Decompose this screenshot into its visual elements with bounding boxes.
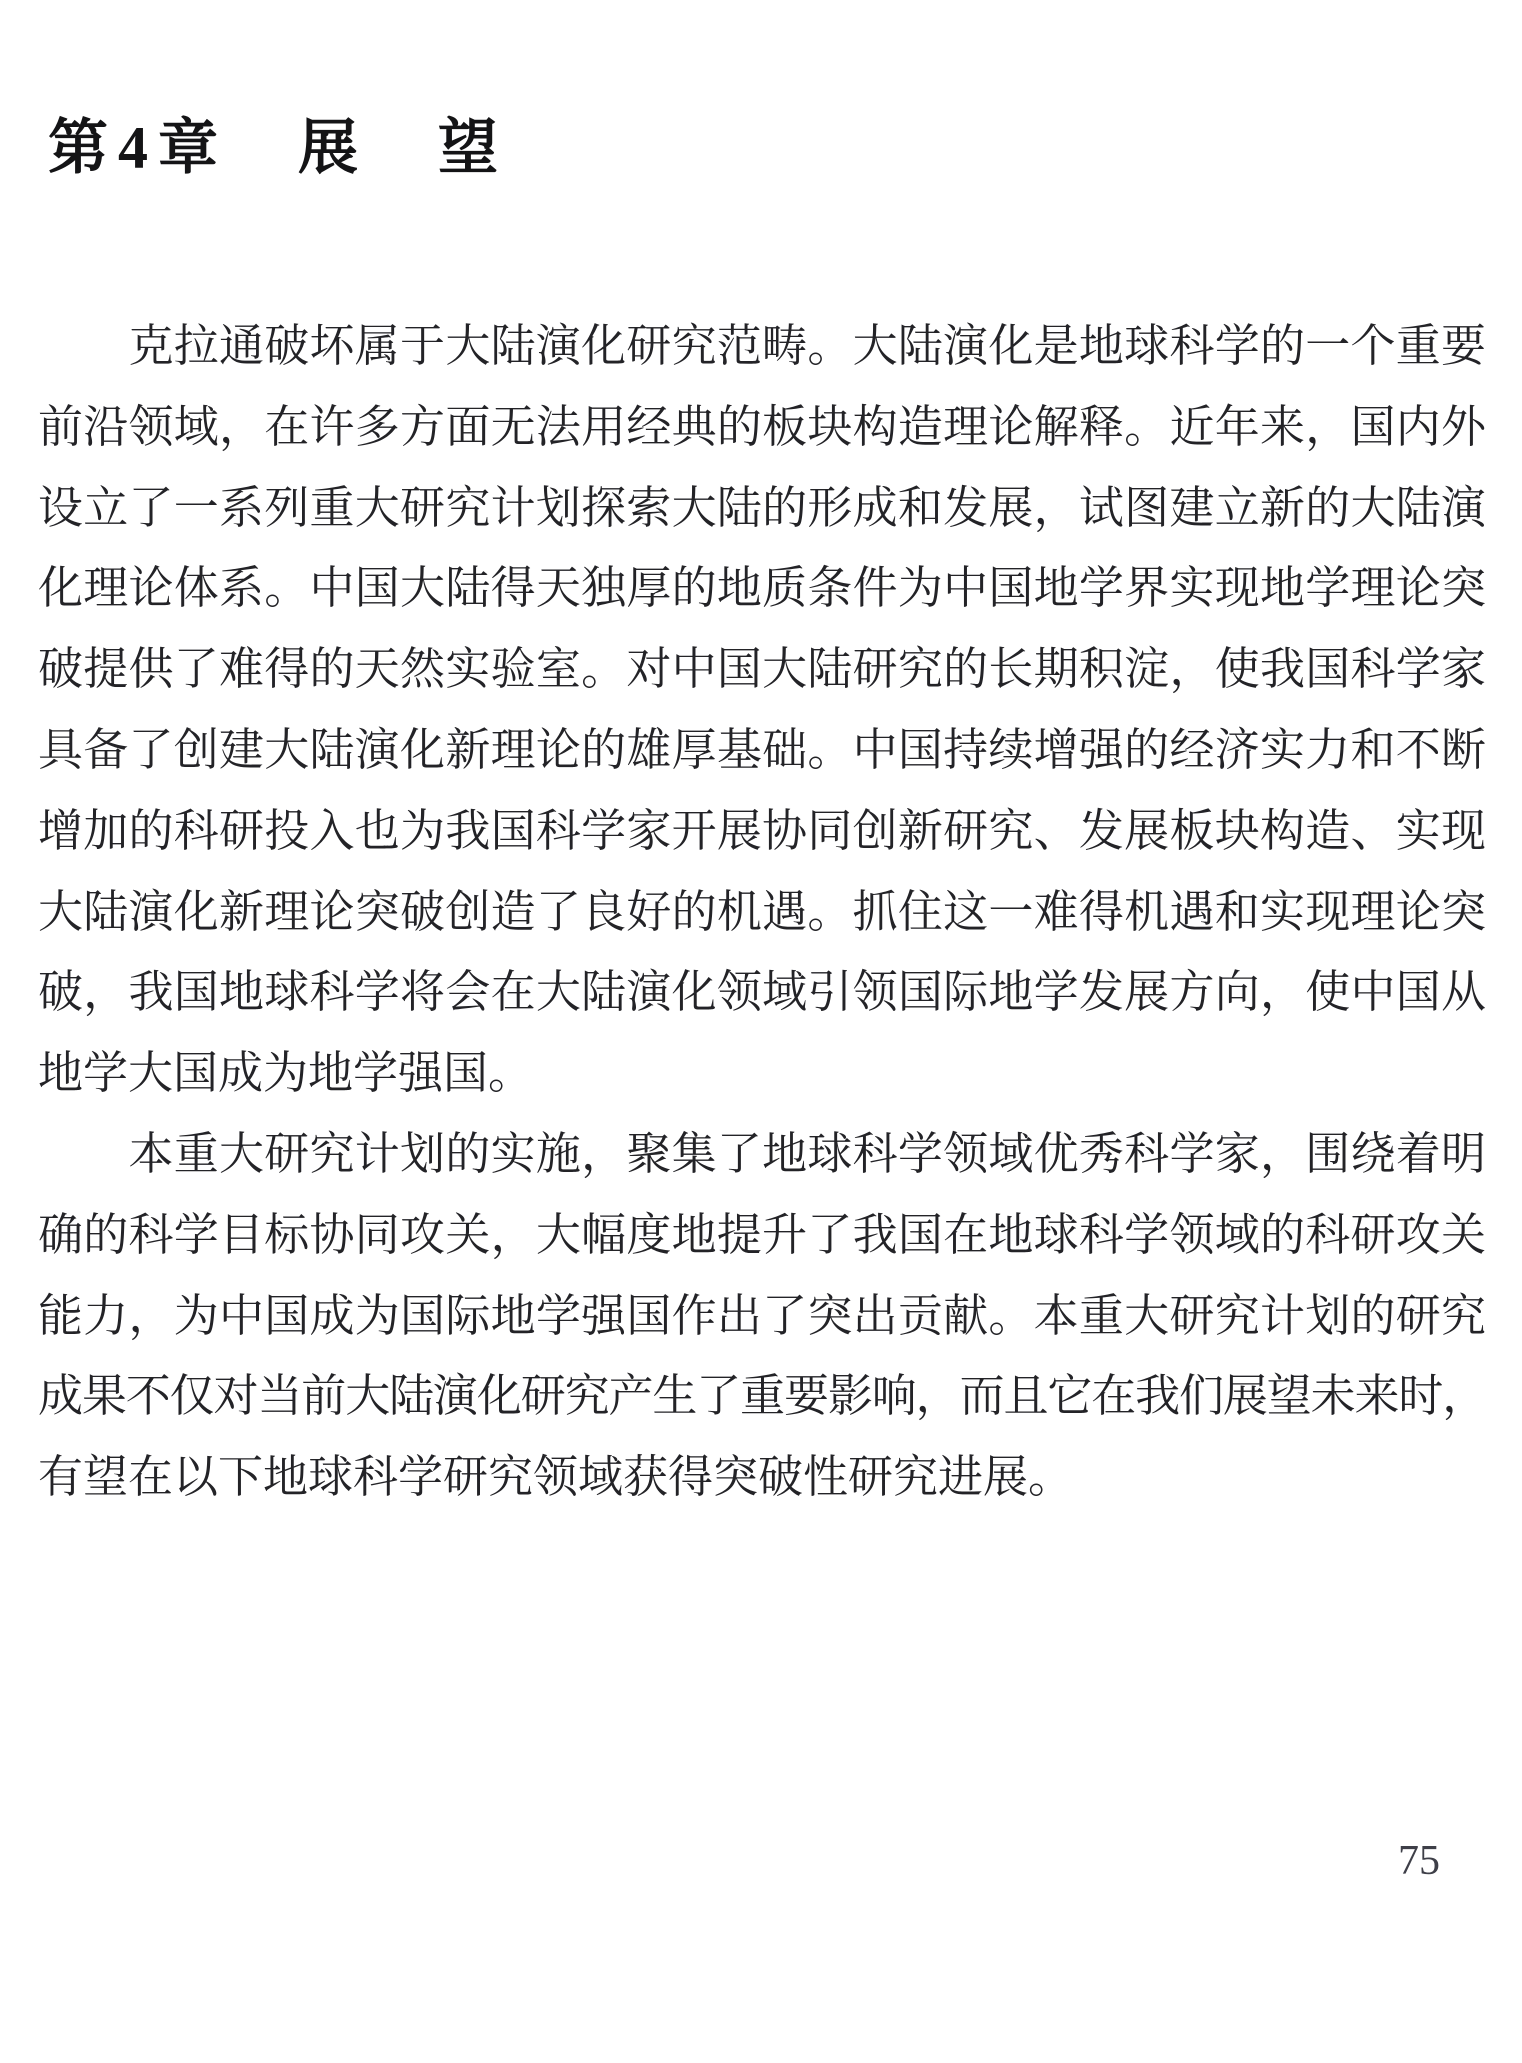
paragraph-line: 大陆演化新理论突破创造了良好的机遇。抓住这一难得机遇和实现理论突 xyxy=(38,872,1486,953)
book-page: 第4章 展 望 克拉通破坏属于大陆演化研究范畴。大陆演化是地球科学的一个重要 前… xyxy=(0,0,1522,2063)
paragraph-line: 有望在以下地球科学研究领域获得突破性研究进展。 xyxy=(38,1437,1486,1518)
chapter-title: 第4章 展 望 xyxy=(48,112,508,184)
paragraph-line: 增加的科研投入也为我国科学家开展协同创新研究、发展板块构造、实现 xyxy=(38,791,1486,872)
paragraph-line: 破，我国地球科学将会在大陆演化领域引领国际地学发展方向，使中国从 xyxy=(38,952,1486,1033)
paragraph-line: 设立了一系列重大研究计划探索大陆的形成和发展，试图建立新的大陆演 xyxy=(38,468,1486,549)
paragraph-line: 成果不仅对当前大陆演化研究产生了重要影响，而且它在我们展望未来时， xyxy=(38,1356,1486,1437)
paragraph-line: 化理论体系。中国大陆得天独厚的地质条件为中国地学界实现地学理论突 xyxy=(38,548,1486,629)
paragraph-line: 前沿领域，在许多方面无法用经典的板块构造理论解释。近年来，国内外 xyxy=(38,387,1486,468)
paragraph-line: 能力，为中国成为国际地学强国作出了突出贡献。本重大研究计划的研究 xyxy=(38,1276,1486,1357)
page-number: 75 xyxy=(1398,1836,1468,1886)
paragraph-line: 地学大国成为地学强国。 xyxy=(38,1033,1486,1114)
paragraph-line: 具备了创建大陆演化新理论的雄厚基础。中国持续增强的经济实力和不断 xyxy=(38,710,1486,791)
body-text: 克拉通破坏属于大陆演化研究范畴。大陆演化是地球科学的一个重要 前沿领域，在许多方… xyxy=(38,306,1486,1518)
paragraph-line: 克拉通破坏属于大陆演化研究范畴。大陆演化是地球科学的一个重要 xyxy=(38,306,1486,387)
paragraph-line: 确的科学目标协同攻关，大幅度地提升了我国在地球科学领域的科研攻关 xyxy=(38,1195,1486,1276)
paragraph-line: 破提供了难得的天然实验室。对中国大陆研究的长期积淀，使我国科学家 xyxy=(38,629,1486,710)
paragraph-line: 本重大研究计划的实施，聚集了地球科学领域优秀科学家，围绕着明 xyxy=(38,1114,1486,1195)
